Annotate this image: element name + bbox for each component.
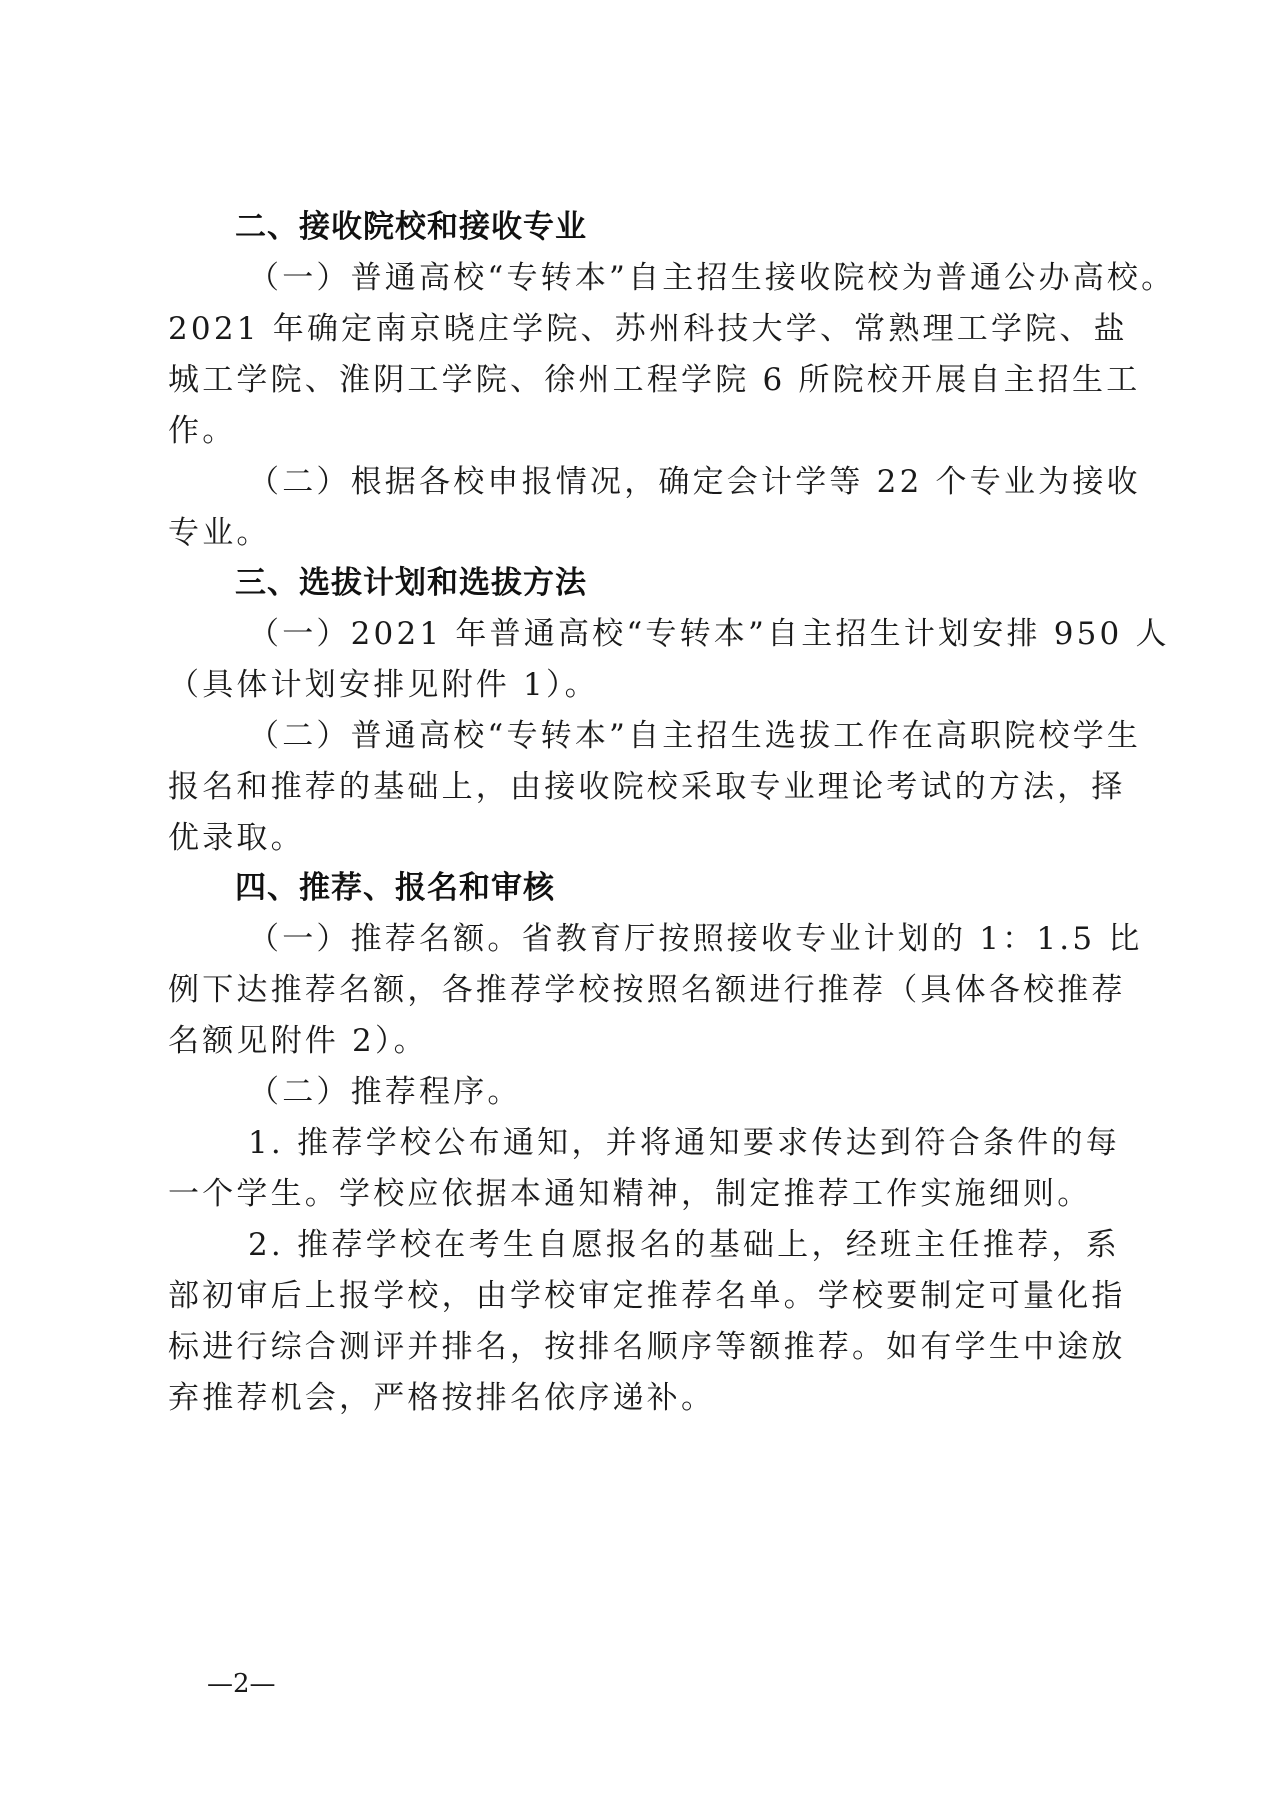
paragraph-line: 作。: [168, 411, 1120, 451]
section-heading: 三、选拔计划和选拔方法: [235, 563, 587, 603]
paragraph-line: 标进行综合测评并排名，按排名顺序等额推荐。如有学生中途放: [168, 1327, 1120, 1367]
paragraph-line: 例下达推荐名额，各推荐学校按照名额进行推荐（具体各校推荐: [168, 970, 1120, 1010]
paragraph-line: 报名和推荐的基础上，由接收院校采取专业理论考试的方法，择: [168, 767, 1120, 807]
paragraph-line: 优录取。: [168, 818, 1120, 858]
paragraph-line: 部初审后上报学校，由学校审定推荐名单。学校要制定可量化指: [168, 1276, 1120, 1316]
paragraph-line: 名额见附件 2）。: [168, 1021, 1120, 1061]
paragraph-line: 2. 推荐学校在考生自愿报名的基础上，经班主任推荐，系: [248, 1225, 1120, 1265]
paragraph-line: （一）普通高校“专转本”自主招生接收院校为普通公办高校。: [248, 258, 1120, 298]
paragraph-line: 1. 推荐学校公布通知，并将通知要求传达到符合条件的每: [248, 1123, 1120, 1163]
paragraph-line: 一个学生。学校应依据本通知精神，制定推荐工作实施细则。: [168, 1174, 1120, 1214]
section-heading: 四、推荐、报名和审核: [235, 868, 555, 908]
paragraph-line: 弃推荐机会，严格按排名依序递补。: [168, 1378, 1120, 1418]
paragraph-line: （具体计划安排见附件 1）。: [168, 665, 1120, 705]
paragraph-line: （一）推荐名额。省教育厅按照接收专业计划的 1：1.5 比: [248, 919, 1120, 959]
paragraph-line: 城工学院、淮阴工学院、徐州工程学院 6 所院校开展自主招生工: [168, 360, 1120, 400]
document-page: 二、接收院校和接收专业 （一）普通高校“专转本”自主招生接收院校为普通公办高校。…: [0, 0, 1280, 1811]
paragraph-line: （二）推荐程序。: [248, 1072, 1120, 1112]
paragraph-line: 2021 年确定南京晓庄学院、苏州科技大学、常熟理工学院、盐: [168, 309, 1120, 349]
paragraph-line: 专业。: [168, 513, 1120, 553]
paragraph-line: （一）2021 年普通高校“专转本”自主招生计划安排 950 人: [248, 614, 1120, 654]
section-heading: 二、接收院校和接收专业: [235, 207, 587, 247]
page-number: —2—: [207, 1668, 276, 1700]
paragraph-line: （二）普通高校“专转本”自主招生选拔工作在高职院校学生: [248, 716, 1120, 756]
paragraph-line: （二）根据各校申报情况，确定会计学等 22 个专业为接收: [248, 462, 1120, 502]
